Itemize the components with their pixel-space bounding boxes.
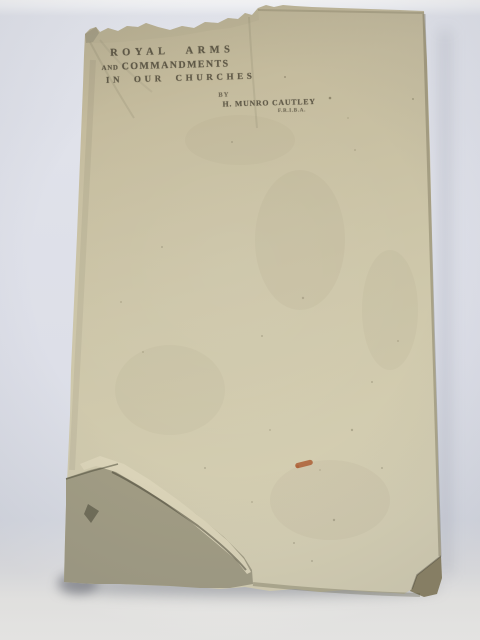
title-line-2-prefix: AND [101,64,118,71]
age-stain [270,460,390,540]
author-credentials: F.R.I.B.A. [278,107,306,114]
title-line-2: ANDCOMMANDMENTS [101,58,229,73]
title-line-3: IN OUR CHURCHES [106,71,256,85]
book-photo: ROYAL ARMS ANDCOMMANDMENTS IN OUR CHURCH… [0,0,480,640]
cover-text-block: ROYAL ARMS ANDCOMMANDMENTS IN OUR CHURCH… [100,41,342,132]
byline: BY [218,91,229,98]
title-line-2-main: COMMANDMENTS [122,58,230,72]
age-stain [115,345,225,435]
title-line-1: ROYAL ARMS [110,44,235,58]
age-stain [362,250,418,370]
age-stain [255,170,345,310]
